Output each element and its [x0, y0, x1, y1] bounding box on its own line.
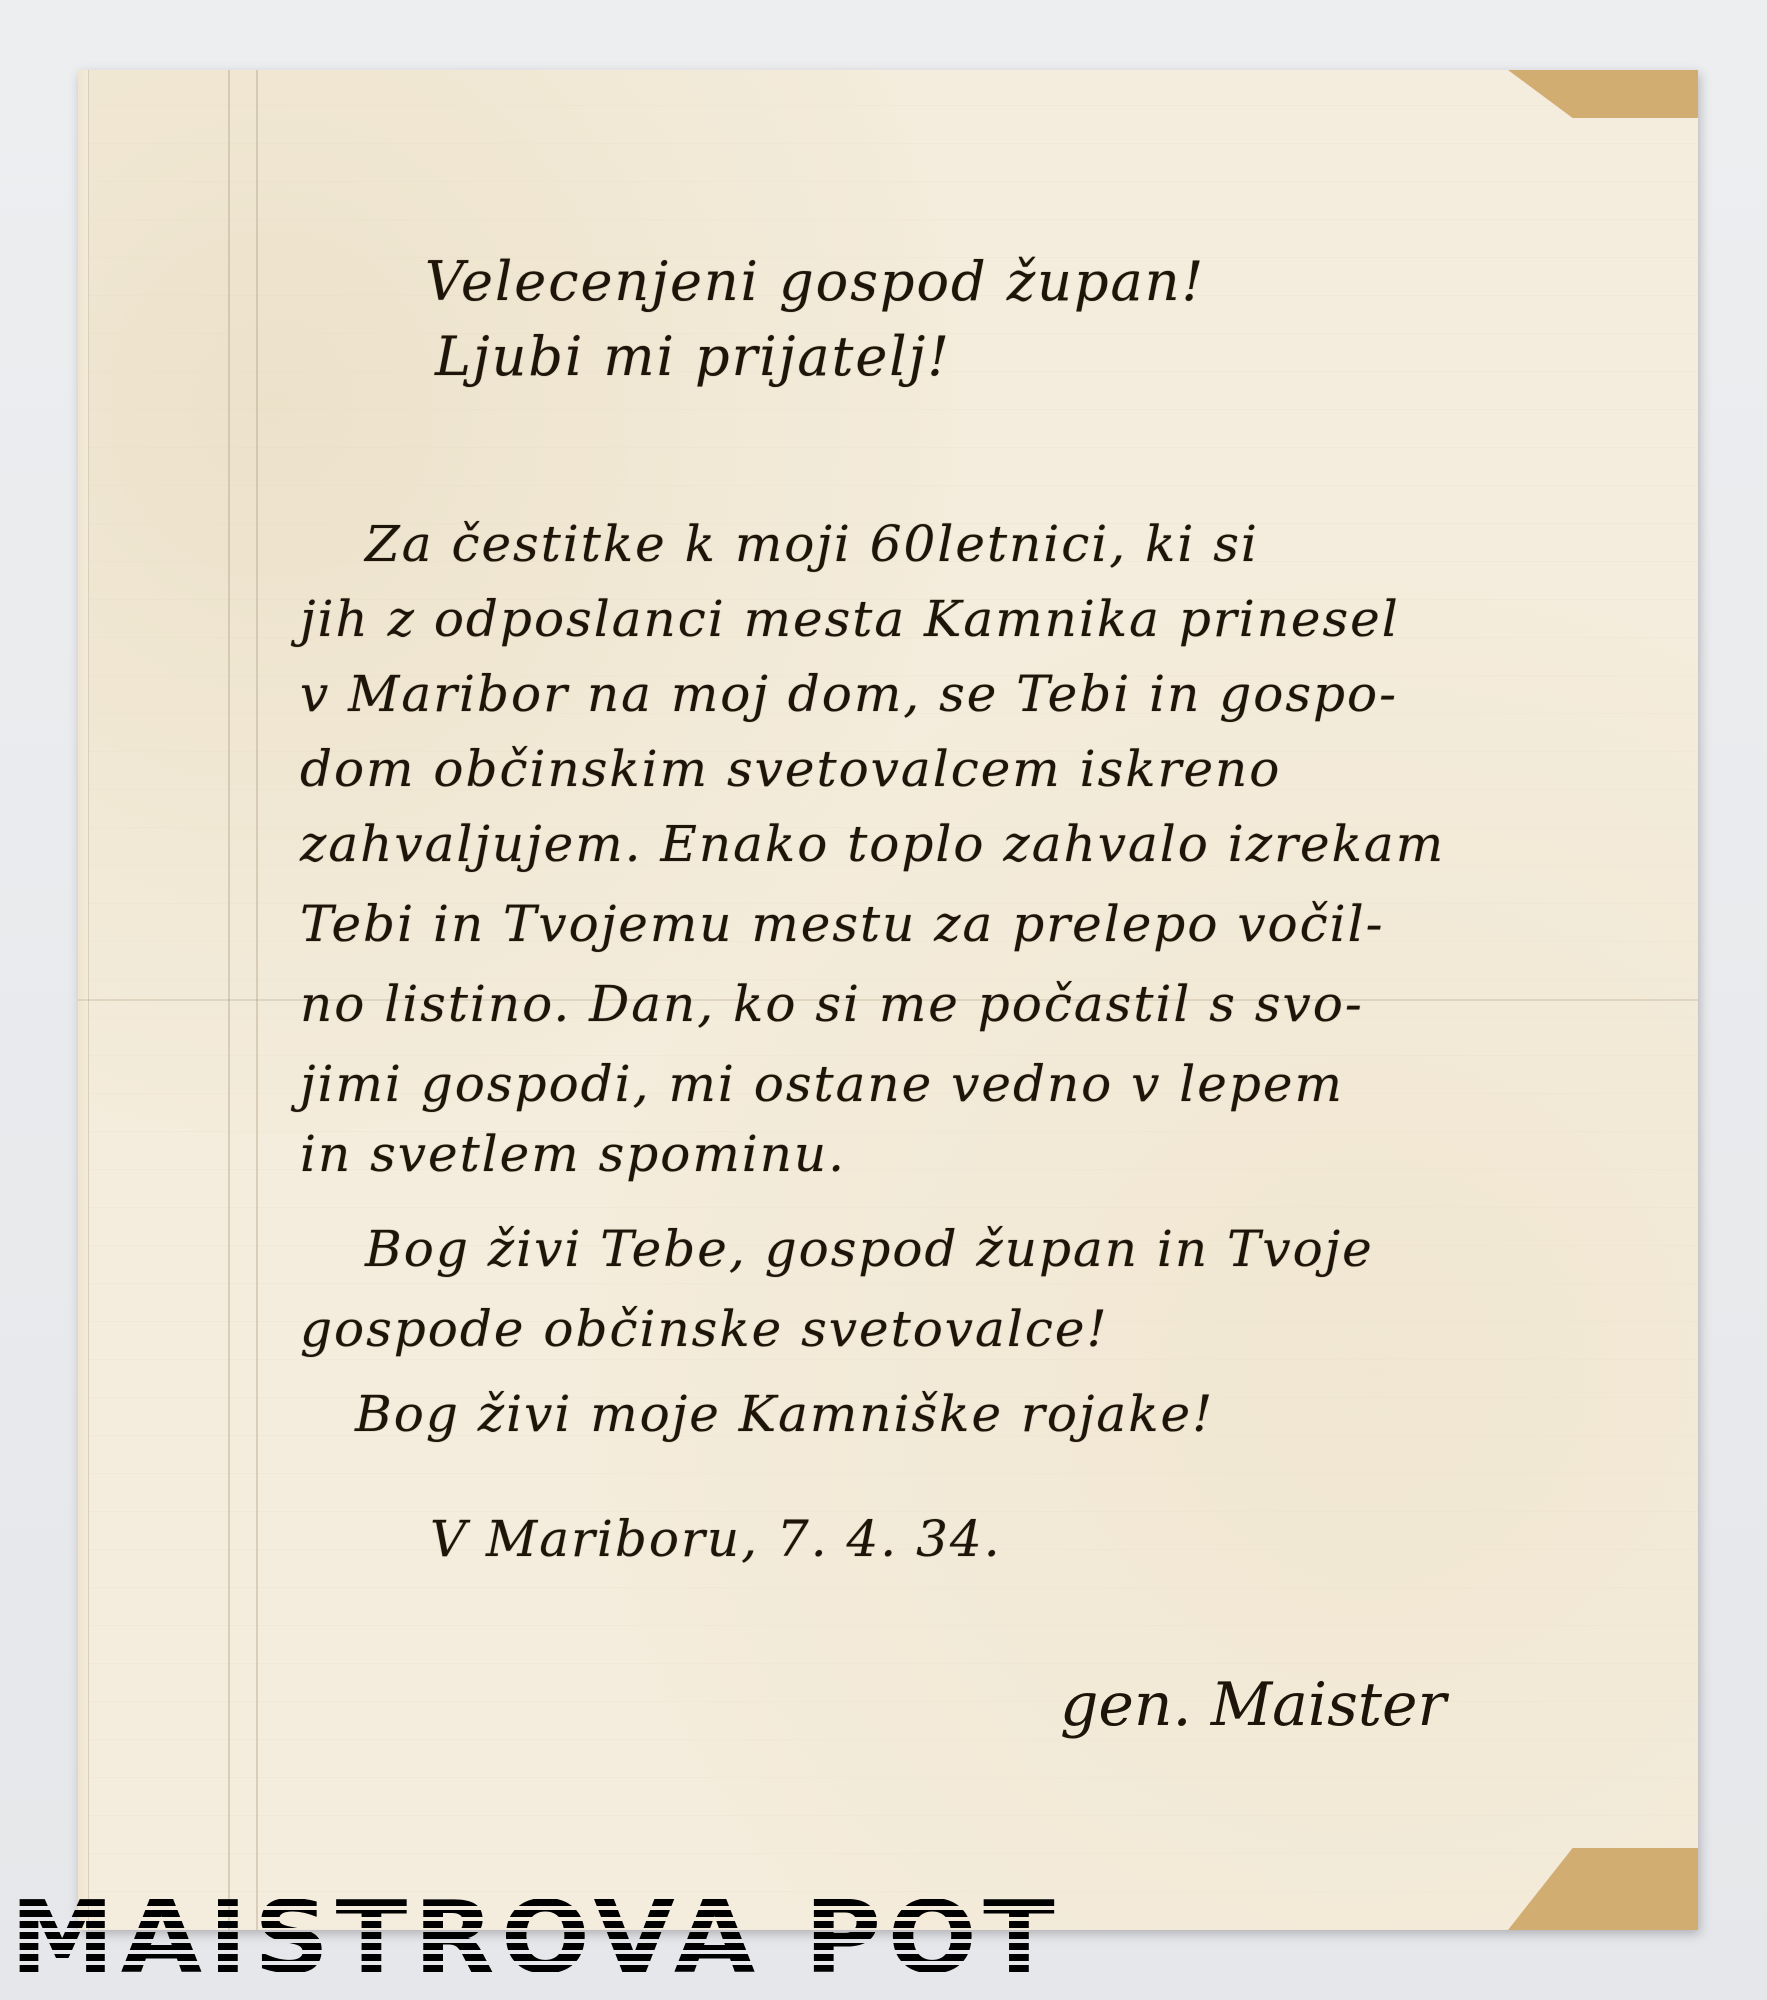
- corner-mount-tape-top: [1508, 70, 1698, 118]
- body-line: dom občinskim svetovalcem iskreno: [300, 740, 1281, 798]
- body-line: Za čestitke k moji 60letnici, ki si: [365, 515, 1259, 573]
- closing-line: gospode občinske svetovalce!: [300, 1300, 1109, 1358]
- body-line: jimi gospodi, mi ostane vedno v lepem: [300, 1055, 1344, 1113]
- closing-line: Bog živi Tebe, gospod župan in Tvoje: [365, 1220, 1374, 1278]
- salutation-line: Velecenjeni gospod župan!: [425, 250, 1205, 313]
- corner-mount-tape-bottom: [1508, 1848, 1698, 1930]
- body-line: Tebi in Tvojemu mestu za prelepo vočil-: [300, 895, 1385, 953]
- body-line: no listino. Dan, ko si me počastil s svo…: [300, 975, 1364, 1033]
- closing-line: Bog živi moje Kamniške rojake!: [355, 1385, 1214, 1443]
- place-date: V Mariboru, 7. 4. 34.: [430, 1510, 1002, 1568]
- body-line: jih z odposlanci mesta Kamnika prinesel: [300, 590, 1400, 648]
- watermark-logo: MAISTROVA POT: [10, 1888, 1061, 1988]
- body-line: v Maribor na moj dom, se Tebi in gospo-: [300, 665, 1398, 723]
- body-line: in svetlem spominu.: [300, 1125, 846, 1183]
- salutation-line: Ljubi mi prijatelj!: [435, 325, 951, 388]
- body-line: zahvaljujem. Enako toplo zahvalo izrekam: [300, 815, 1445, 873]
- signature: gen. Maister: [1060, 1670, 1446, 1740]
